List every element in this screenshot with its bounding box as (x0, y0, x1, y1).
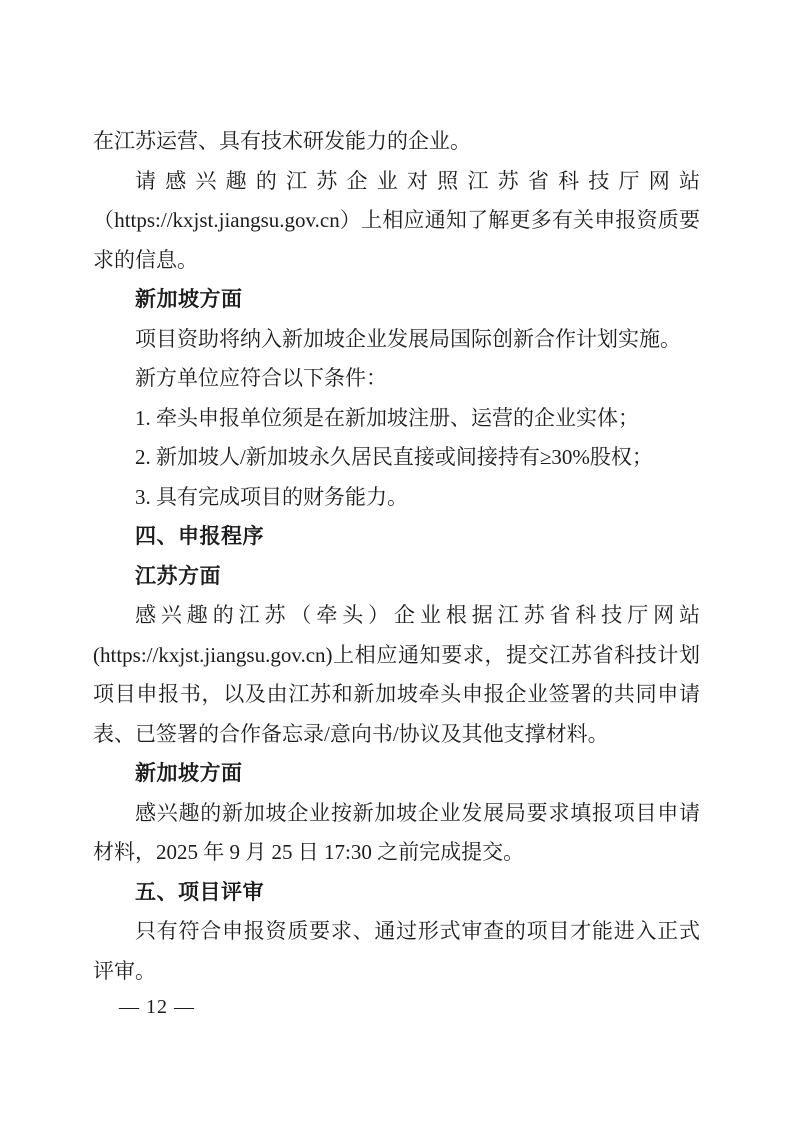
section-heading: 新加坡方面 (93, 754, 700, 794)
paragraph: 感兴趣的江苏（牵头）企业根据江苏省科技厅网站(https://kxjst.jia… (93, 596, 700, 754)
section-heading: 新加坡方面 (93, 280, 700, 320)
page-number: — 12 — (119, 995, 195, 1019)
document-body: 在江苏运营、具有技术研发能力的企业。请感兴趣的江苏企业对照江苏省科技厅网站（ht… (93, 122, 700, 991)
section-heading: 五、项目评审 (93, 873, 700, 913)
paragraph: 新方单位应符合以下条件： (93, 359, 700, 399)
paragraph: 在江苏运营、具有技术研发能力的企业。 (93, 122, 700, 162)
document-page: 在江苏运营、具有技术研发能力的企业。请感兴趣的江苏企业对照江苏省科技厅网站（ht… (0, 0, 794, 1123)
section-heading: 四、申报程序 (93, 517, 700, 557)
paragraph: 只有符合申报资质要求、通过形式审查的项目才能进入正式评审。 (93, 912, 700, 991)
paragraph: 1. 牵头申报单位须是在新加坡注册、运营的企业实体； (93, 399, 700, 439)
paragraph: 2. 新加坡人/新加坡永久居民直接或间接持有≥30%股权； (93, 438, 700, 478)
paragraph: 项目资助将纳入新加坡企业发展局国际创新合作计划实施。 (93, 320, 700, 360)
section-heading: 江苏方面 (93, 557, 700, 597)
paragraph: 请感兴趣的江苏企业对照江苏省科技厅网站（https://kxjst.jiangs… (93, 162, 700, 281)
paragraph: 3. 具有完成项目的财务能力。 (93, 478, 700, 518)
paragraph: 感兴趣的新加坡企业按新加坡企业发展局要求填报项目申请材料，2025 年 9 月 … (93, 794, 700, 873)
